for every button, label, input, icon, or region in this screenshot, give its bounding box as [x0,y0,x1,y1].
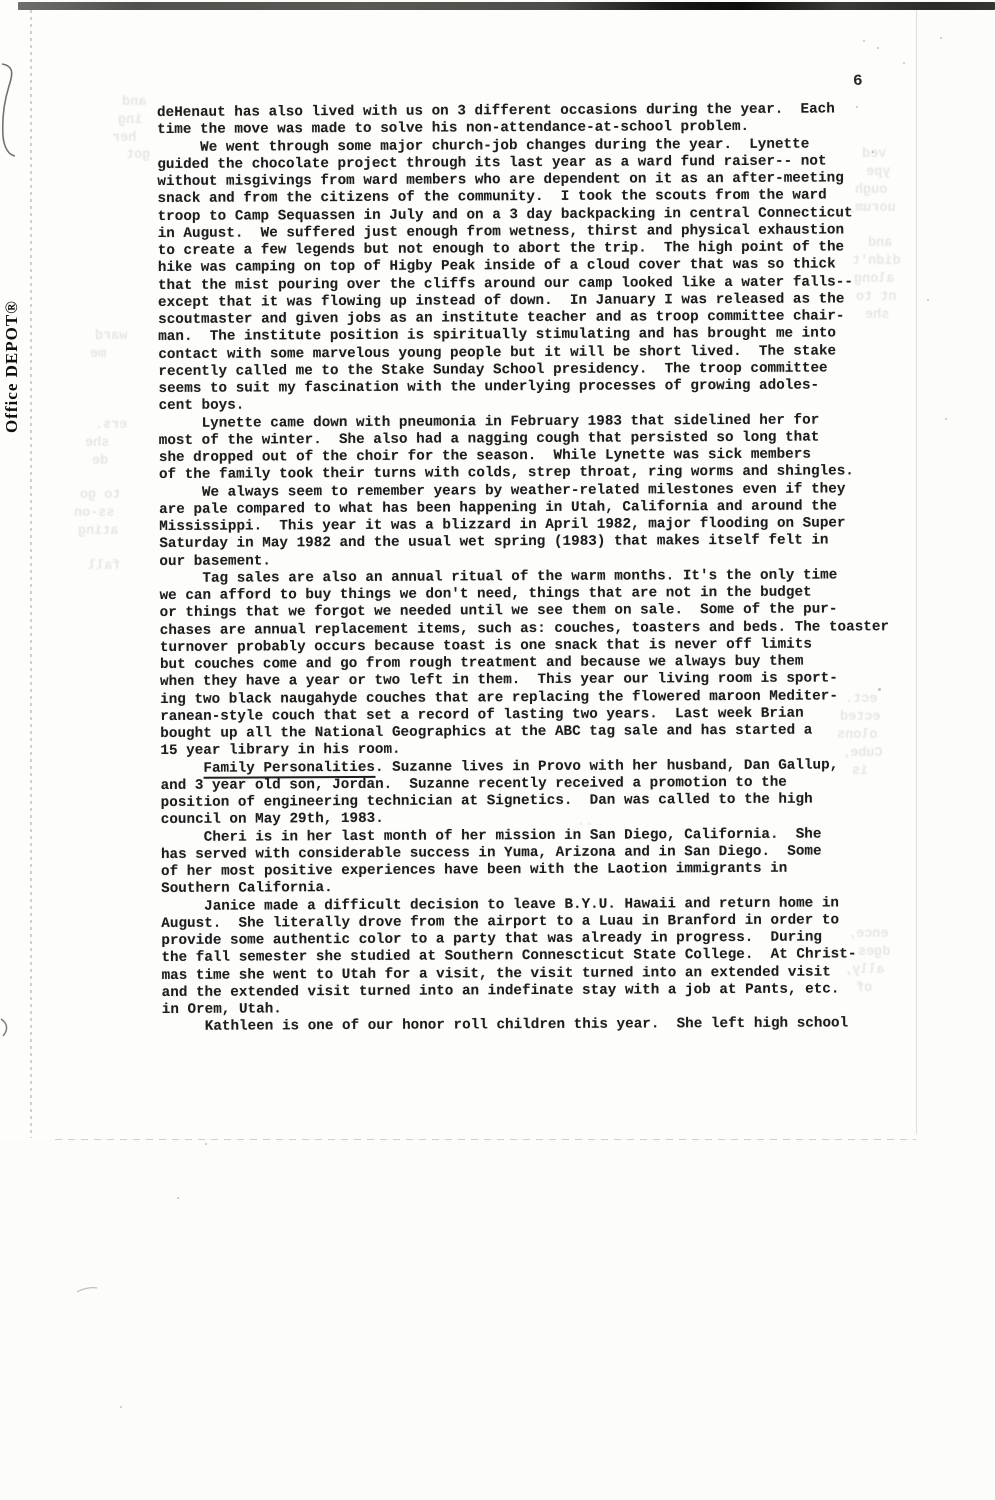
ghost-text-fragment: ers. [95,419,127,433]
ghost-text-fragment: ward [95,330,127,344]
scan-scratch-mark [77,1288,97,1292]
ghost-text-fragment: .. [577,816,593,830]
scan-speck [205,1143,207,1145]
ghost-text-fragment: dges. [850,946,891,960]
scan-speck [927,299,929,301]
ghost-text-fragment: her [112,132,136,146]
page-number: 6 [853,72,863,90]
ghost-text-fragment: de [92,455,108,469]
ghost-text-fragment: of [856,982,872,996]
ghost-text-fragment: along [854,273,895,287]
scan-speck [863,40,865,42]
ghost-text-fragment: ough [855,184,887,198]
ghost-text-fragment: ss-on [74,507,115,521]
ghost-text-fragment: she [865,309,889,323]
ghost-text-fragment: and [122,96,146,110]
typewritten-text: deHenaut has also lived with us on 3 dif… [157,101,922,1036]
ghost-text-fragment: is [852,765,868,779]
ghost-text-fragment: and [868,237,892,251]
scan-speck [177,1197,179,1199]
text-line: Kathleen is one of our honor roll childr… [162,1015,922,1036]
ghost-text-fragment: me [90,348,106,362]
scan-speck [120,1406,122,1408]
ghost-text-fragment: got [126,149,150,163]
ghost-text-fragment: ating [78,525,119,539]
ghost-text-fragment: ence, [848,928,889,942]
ghost-text-fragment: to go [80,489,121,503]
scan-speck [903,62,905,64]
ghost-text-fragment: ing [118,114,142,128]
scan-speck [856,106,858,108]
ghost-text-fragment: ected [840,711,881,725]
ghost-text-fragment: ype [866,166,890,180]
scan-speck [945,418,947,420]
perforation-line [30,10,32,1138]
scan-speck [872,151,874,153]
ghost-text-fragment: fall [88,560,120,574]
ghost-text-fragment: nt to [856,291,897,305]
scan-speck [940,37,942,39]
ghost-text-fragment: Cube, [842,747,883,761]
ghost-text-fragment: ect. [845,693,877,707]
ghost-text-fragment: uorum, [847,202,896,216]
ghost-text-fragment: she [85,437,109,451]
ghost-text-fragment: didn't [852,255,901,269]
underlined-heading: Family Personalities [203,759,375,778]
paper-bottom-edge [55,1139,916,1140]
paper-sheet: Office DEPOT® 6 deHenaut has also lived … [0,0,917,1140]
scan-speck [877,47,879,49]
scan-speck [878,688,881,691]
scan-speck [253,592,255,594]
ghost-text-fragment: ally, [844,964,885,978]
scanner-edge-band [18,2,995,10]
ghost-text-fragment: olons [837,729,878,743]
ghost-text-fragment: ved [862,148,886,162]
office-depot-logo: Office DEPOT® [2,300,22,433]
